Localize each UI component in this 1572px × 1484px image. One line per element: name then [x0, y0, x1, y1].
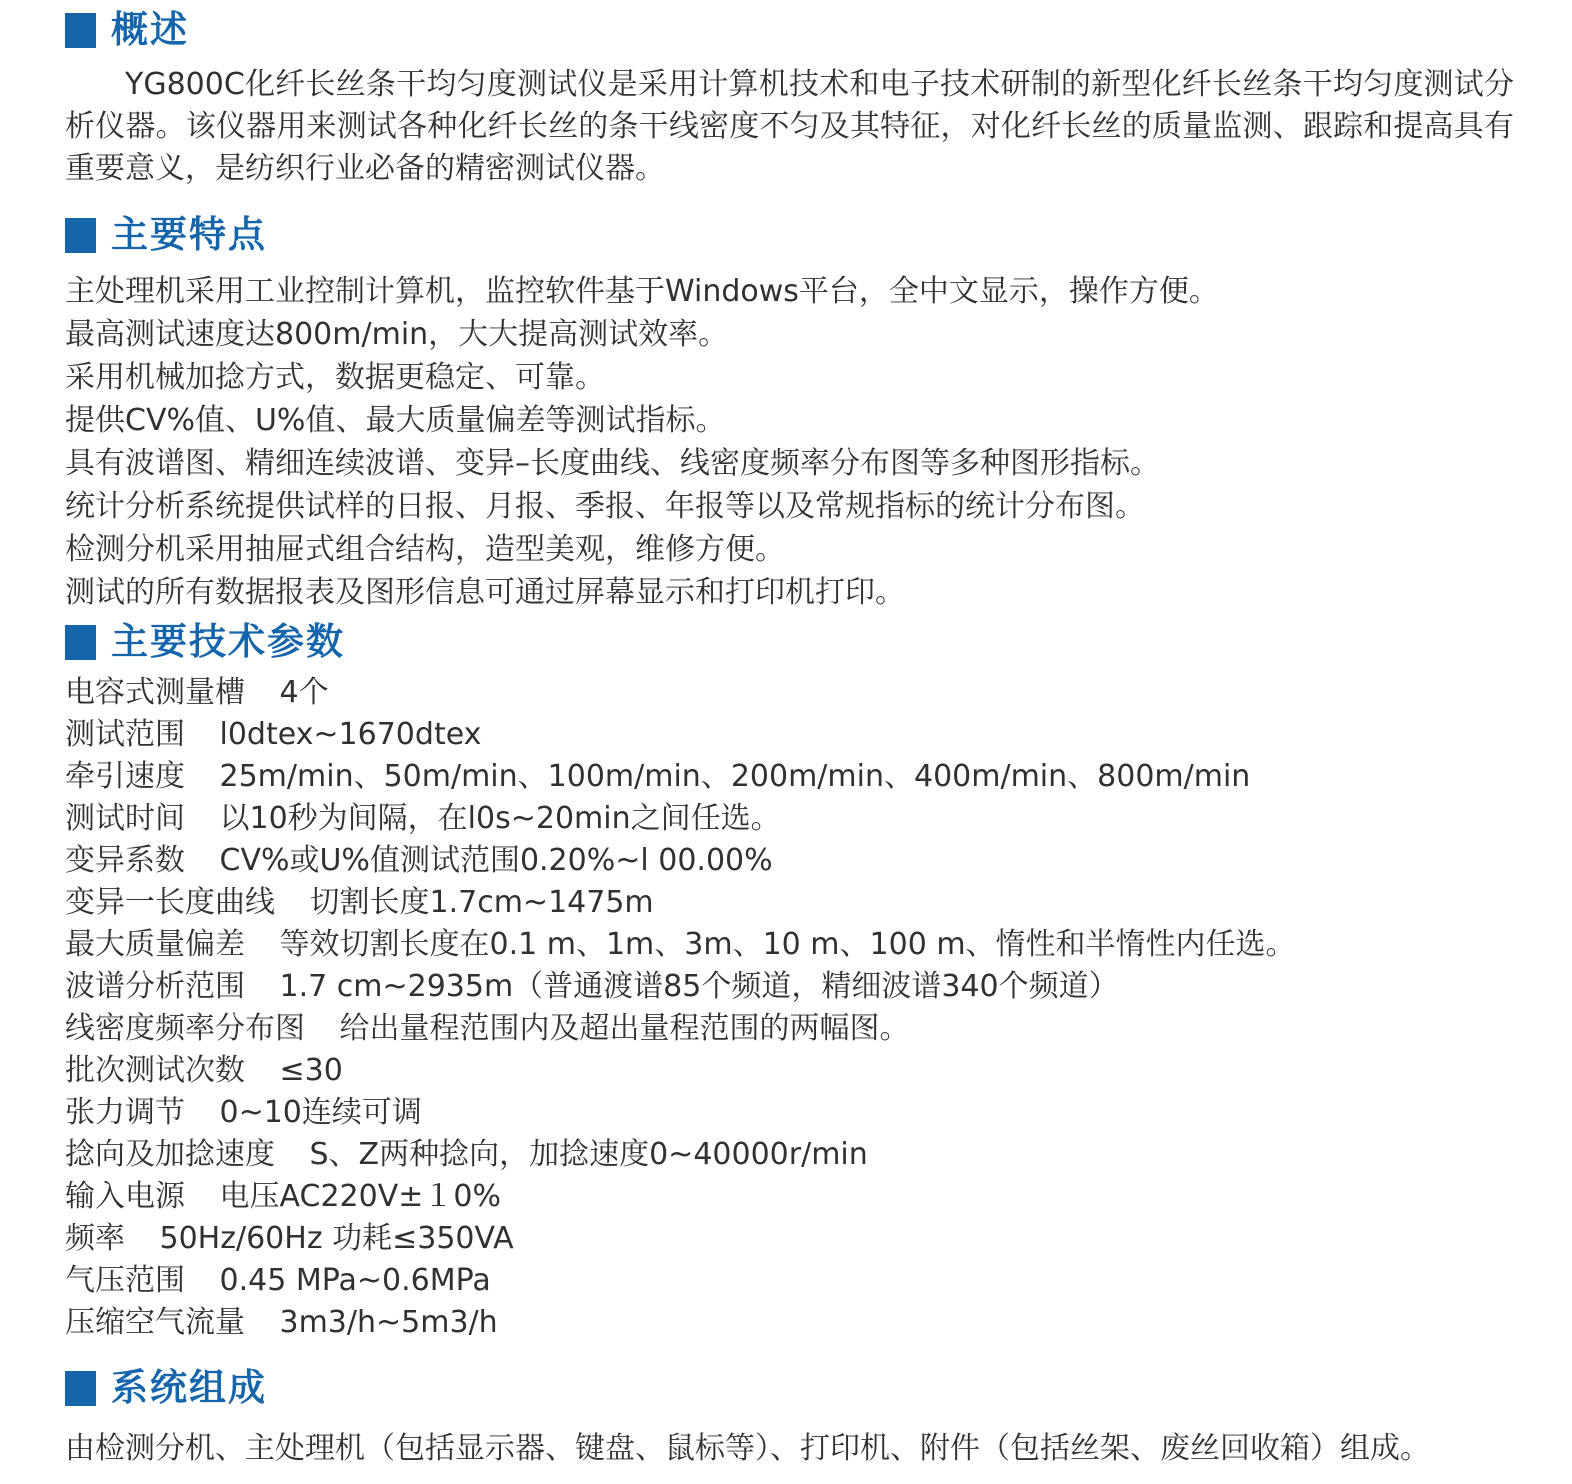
parameter-label: 压缩空气流量 — [65, 1305, 245, 1340]
parameter-row: 测试范围l0dtex~1670dtex — [65, 714, 1514, 756]
parameter-value: 1.7 cm~2935m（普通渡谱85个频道，精细波谱340个频道） — [280, 969, 1119, 1004]
parameters-header: 主要技术参数 — [65, 622, 1514, 662]
parameter-value: l0dtex~1670dtex — [220, 717, 482, 752]
parameter-list: 电容式测量槽4个 测试范围l0dtex~1670dtex 牵引速度25m/min… — [65, 672, 1514, 1344]
section-marker-icon — [65, 218, 96, 253]
section-overview: 概述 YG800C化纤长丝条干均匀度测试仪是采用计算机技术和电子技术研制的新型化… — [65, 10, 1514, 190]
parameter-row: 牵引速度25m/min、50m/min、100m/min、200m/min、40… — [65, 756, 1514, 798]
section-composition: 系统组成 由检测分机、主处理机（包括显示器、键盘、鼠标等）、打印机、附件（包括丝… — [65, 1368, 1514, 1470]
parameter-value: 4个 — [280, 675, 329, 710]
parameter-value: 0.45 MPa~0.6MPa — [220, 1263, 491, 1298]
parameter-label: 波谱分析范围 — [65, 969, 245, 1004]
composition-title: 系统组成 — [111, 1368, 267, 1408]
section-parameters: 主要技术参数 电容式测量槽4个 测试范围l0dtex~1670dtex 牵引速度… — [65, 622, 1514, 1344]
composition-header: 系统组成 — [65, 1368, 1514, 1408]
parameter-value: 50Hz/60Hz 功耗≤350VA — [160, 1221, 514, 1256]
feature-item: 统计分析系统提供试样的日报、月报、季报、年报等以及常规指标的统计分布图。 — [65, 485, 1514, 528]
feature-item: 提供CV%值、U%值、最大质量偏差等测试指标。 — [65, 399, 1514, 442]
parameter-row: 输入电源电压AC220V±１0% — [65, 1176, 1514, 1218]
parameter-value: CV%或U%值测试范围0.20%~l 00.00% — [220, 843, 773, 878]
parameter-label: 捻向及加捻速度 — [65, 1137, 275, 1172]
overview-title: 概述 — [111, 10, 189, 50]
parameter-row: 压缩空气流量3m3/h~5m3/h — [65, 1302, 1514, 1344]
features-title: 主要特点 — [111, 215, 267, 255]
parameter-row: 电容式测量槽4个 — [65, 672, 1514, 714]
feature-item: 具有波谱图、精细连续波谱、变异–长度曲线、线密度频率分布图等多种图形指标。 — [65, 442, 1514, 485]
parameter-label: 变异系数 — [65, 843, 185, 878]
parameter-label: 频率 — [65, 1221, 125, 1256]
parameter-label: 变异一长度曲线 — [65, 885, 275, 920]
parameter-row: 变异一长度曲线切割长度1.7cm~1475m — [65, 882, 1514, 924]
section-marker-icon — [65, 1371, 96, 1406]
feature-item: 主处理机采用工业控制计算机，监控软件基于Windows平台，全中文显示，操作方便… — [65, 270, 1514, 313]
section-features: 主要特点 主处理机采用工业控制计算机，监控软件基于Windows平台，全中文显示… — [65, 215, 1514, 614]
parameter-value: 25m/min、50m/min、100m/min、200m/min、400m/m… — [220, 759, 1251, 794]
parameter-value: S、Z两种捻向，加捻速度0~40000r/min — [310, 1137, 868, 1172]
parameter-label: 线密度频率分布图 — [65, 1011, 305, 1046]
feature-item: 采用机械加捻方式，数据更稳定、可靠。 — [65, 356, 1514, 399]
parameter-row: 最大质量偏差等效切割长度在0.1 m、1m、3m、10 m、100 m、惰性和半… — [65, 924, 1514, 966]
feature-item: 测试的所有数据报表及图形信息可通过屏幕显示和打印机打印。 — [65, 571, 1514, 614]
parameter-row: 测试时间以10秒为间隔，在l0s~20min之间任选。 — [65, 798, 1514, 840]
section-marker-icon — [65, 625, 96, 660]
parameter-label: 电容式测量槽 — [65, 675, 245, 710]
parameter-row: 变异系数CV%或U%值测试范围0.20%~l 00.00% — [65, 840, 1514, 882]
parameter-label: 测试时间 — [65, 801, 185, 836]
parameter-value: 3m3/h~5m3/h — [280, 1305, 498, 1340]
parameter-label: 批次测试次数 — [65, 1053, 245, 1088]
parameter-row: 线密度频率分布图给出量程范围内及超出量程范围的两幅图。 — [65, 1008, 1514, 1050]
parameter-label: 输入电源 — [65, 1179, 185, 1214]
parameter-value: 给出量程范围内及超出量程范围的两幅图。 — [340, 1011, 910, 1046]
section-marker-icon — [65, 13, 96, 48]
parameter-label: 气压范围 — [65, 1263, 185, 1298]
feature-list: 主处理机采用工业控制计算机，监控软件基于Windows平台，全中文显示，操作方便… — [65, 270, 1514, 614]
parameters-title: 主要技术参数 — [111, 622, 345, 662]
parameter-row: 气压范围0.45 MPa~0.6MPa — [65, 1260, 1514, 1302]
parameter-value: ≤30 — [280, 1053, 343, 1088]
parameter-row: 波谱分析范围1.7 cm~2935m（普通渡谱85个频道，精细波谱340个频道） — [65, 966, 1514, 1008]
parameter-row: 张力调节0~10连续可调 — [65, 1092, 1514, 1134]
parameter-value: 切割长度1.7cm~1475m — [310, 885, 654, 920]
feature-item: 最高测试速度达800m/min，大大提高测试效率。 — [65, 313, 1514, 356]
features-header: 主要特点 — [65, 215, 1514, 255]
parameter-value: 0~10连续可调 — [220, 1095, 422, 1130]
composition-text: 由检测分机、主处理机（包括显示器、键盘、鼠标等）、打印机、附件（包括丝架、废丝回… — [65, 1427, 1514, 1470]
parameter-label: 张力调节 — [65, 1095, 185, 1130]
parameter-row: 批次测试次数≤30 — [65, 1050, 1514, 1092]
parameter-label: 测试范围 — [65, 717, 185, 752]
overview-paragraph: YG800C化纤长丝条干均匀度测试仪是采用计算机技术和电子技术研制的新型化纤长丝… — [65, 64, 1514, 190]
parameter-value: 以10秒为间隔，在l0s~20min之间任选。 — [220, 801, 781, 836]
document-page: 概述 YG800C化纤长丝条干均匀度测试仪是采用计算机技术和电子技术研制的新型化… — [0, 0, 1572, 1484]
feature-item: 检测分机采用抽屉式组合结构，造型美观，维修方便。 — [65, 528, 1514, 571]
parameter-value: 等效切割长度在0.1 m、1m、3m、10 m、100 m、惰性和半惰性内任选。 — [280, 927, 1296, 962]
parameter-label: 牵引速度 — [65, 759, 185, 794]
overview-header: 概述 — [65, 10, 1514, 50]
parameter-row: 频率50Hz/60Hz 功耗≤350VA — [65, 1218, 1514, 1260]
parameter-value: 电压AC220V±１0% — [220, 1179, 501, 1214]
parameter-label: 最大质量偏差 — [65, 927, 245, 962]
parameter-row: 捻向及加捻速度S、Z两种捻向，加捻速度0~40000r/min — [65, 1134, 1514, 1176]
